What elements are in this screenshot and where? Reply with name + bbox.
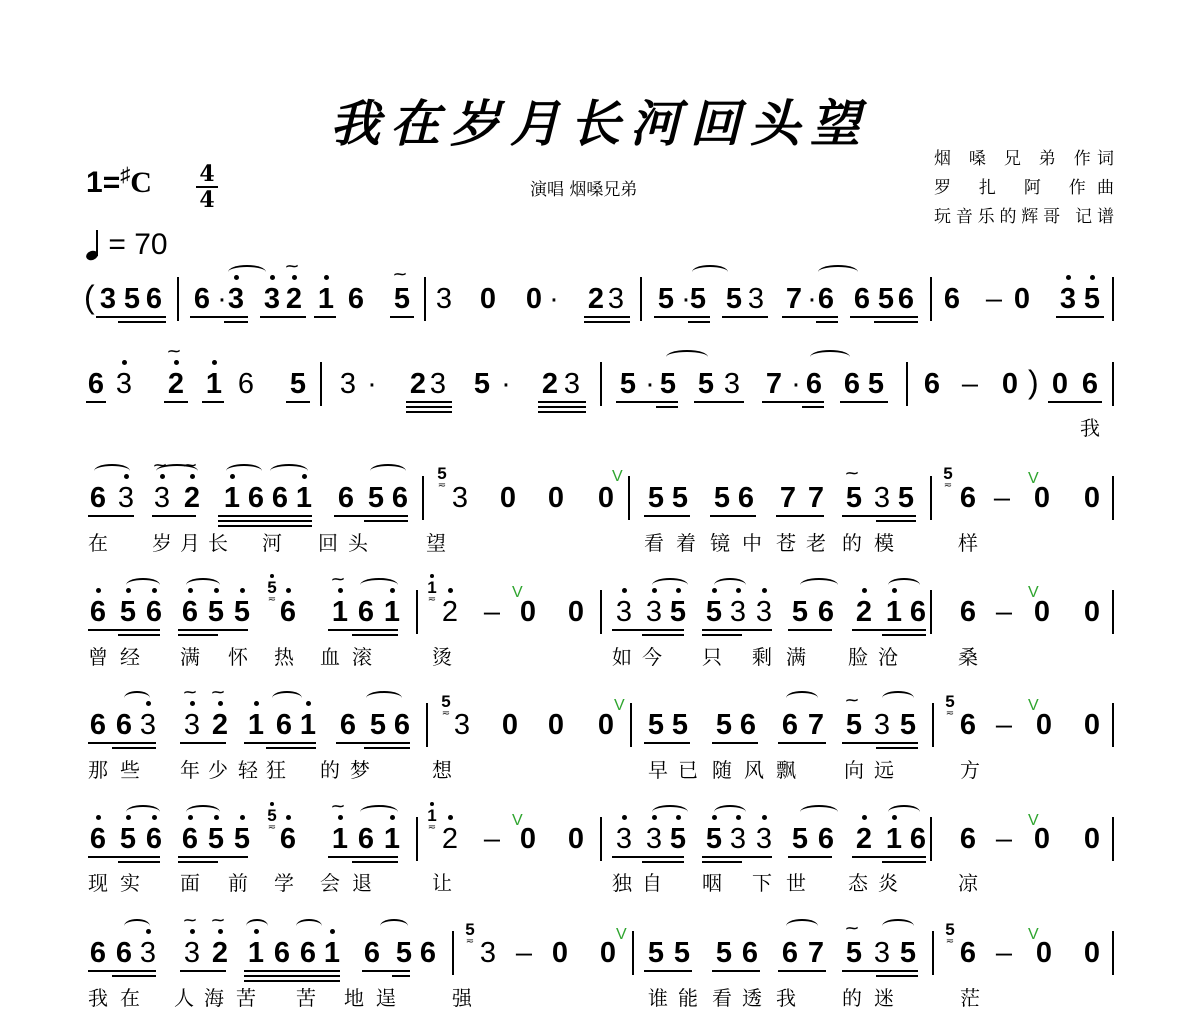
duration-underline — [842, 515, 916, 517]
note-digit: 3 — [748, 283, 764, 315]
bar-line — [906, 362, 908, 406]
note-digit: 2 — [212, 709, 228, 741]
breath-mark-icon: V — [512, 812, 523, 830]
duration-underline — [788, 629, 832, 631]
note-digit: · — [549, 283, 559, 315]
duration-underline — [842, 970, 918, 972]
note: 3 — [872, 937, 892, 969]
tempo-value: = 70 — [108, 228, 167, 261]
note-digit: 5 — [1084, 283, 1100, 315]
note-digit: 0 — [500, 482, 516, 514]
high-octave-dot — [1090, 275, 1095, 280]
high-octave-dot — [270, 574, 274, 578]
note: 6 — [942, 283, 962, 315]
note: – — [984, 283, 1004, 315]
duration-underline — [178, 856, 248, 858]
high-octave-dot — [430, 802, 434, 806]
slur-arc — [882, 691, 914, 705]
note: 6 — [958, 937, 978, 969]
duration-underline — [314, 316, 336, 318]
note: 0 — [524, 283, 544, 315]
note: 5 — [658, 368, 678, 400]
note: 2 — [440, 596, 460, 628]
lyric-character: 怀 — [226, 641, 250, 670]
note-digit: 2 — [442, 596, 458, 628]
high-octave-dot — [286, 815, 291, 820]
note: – — [994, 823, 1014, 855]
note-digit: 1 — [318, 283, 334, 315]
duration-underline — [642, 861, 684, 863]
note-digit: 1 — [248, 709, 264, 741]
note-digit: 3 — [646, 596, 662, 628]
lyric-character: 前 — [226, 867, 250, 896]
grace-slash-icon: ≂ — [266, 596, 278, 604]
note-digit: 3 — [436, 283, 452, 315]
lyric-character: 现 — [86, 867, 110, 896]
note-digit: 3 — [140, 937, 156, 969]
note: 3 — [114, 368, 134, 400]
note-digit: 5 — [394, 283, 410, 315]
lyric-character: 海 — [202, 982, 226, 1011]
note: 0 — [1050, 368, 1070, 400]
repeat-parenthesis: ( — [84, 279, 95, 316]
slur-arc — [124, 691, 150, 705]
duration-underline — [286, 401, 310, 403]
note-digit: 6 — [194, 283, 210, 315]
note: 5⁓ — [844, 709, 864, 741]
breath-mark-icon: V — [616, 926, 627, 944]
duration-underline — [882, 861, 926, 863]
note-digit: 3 — [100, 283, 116, 315]
duration-underline — [654, 316, 710, 318]
lyric-character: 随 — [710, 754, 734, 783]
lyric-character: 河 — [260, 527, 284, 556]
note-digit: 5 — [898, 482, 914, 514]
lyric-character: 血 — [318, 641, 342, 670]
note-digit: 5 — [900, 937, 916, 969]
duration-underline — [616, 401, 678, 403]
duration-underline — [612, 856, 684, 858]
duration-underline — [876, 520, 916, 522]
note: 3 — [728, 596, 748, 628]
duration-underline — [118, 861, 160, 863]
note-digit: 3 — [608, 283, 624, 315]
note: 3 — [606, 283, 626, 315]
note: 6 — [418, 937, 438, 969]
lyric-character: 中 — [740, 527, 764, 556]
note-digit: 6 — [960, 482, 976, 514]
note-digit: 6 — [960, 596, 976, 628]
duration-underline — [118, 634, 160, 636]
mordent-icon: ⁓ — [184, 687, 193, 697]
note-digit: 6 — [146, 823, 162, 855]
note: 5⁓ — [844, 937, 864, 969]
note-digit: 3 — [118, 482, 134, 514]
note: 6 — [738, 709, 758, 741]
grace-note: 5≂ — [944, 694, 956, 718]
note: 3⁓ — [152, 482, 172, 514]
note: 2⁓ — [166, 368, 186, 400]
note: 3 — [746, 283, 766, 315]
grace-slash-icon: ≂ — [944, 710, 956, 718]
grace-slash-icon: ≂ — [426, 824, 438, 832]
note: 2 — [540, 368, 560, 400]
bar-line — [452, 931, 454, 975]
note: 3 — [722, 368, 742, 400]
note: 6 — [192, 283, 212, 315]
note-digit: – — [996, 937, 1012, 969]
note: 6 — [144, 283, 164, 315]
note: 3 — [98, 283, 118, 315]
note-digit: 5 — [234, 596, 250, 628]
note: 5 — [618, 368, 638, 400]
note: 3 — [478, 937, 498, 969]
note: 1 — [222, 482, 242, 514]
slur-arc — [786, 691, 818, 705]
slur-arc — [126, 805, 160, 819]
duration-underline — [584, 316, 630, 318]
note: 2 — [854, 823, 874, 855]
lyric-character: 我 — [774, 982, 798, 1011]
note: 3⁓ — [182, 937, 202, 969]
note: 2⁓ — [182, 482, 202, 514]
note: 0 — [546, 482, 566, 514]
note-digit: · — [501, 368, 511, 400]
note: 5 — [704, 596, 724, 628]
note: 7 — [806, 482, 826, 514]
singer-credit: 演唱 烟嗓兄弟 — [530, 175, 637, 200]
lyric-character: 在 — [118, 982, 142, 1011]
lyric-character: 能 — [676, 982, 700, 1011]
lyric-character: 曾 — [86, 641, 110, 670]
slur-arc — [714, 805, 746, 819]
grace-note: 5≂ — [944, 922, 956, 946]
note-digit: 5 — [674, 937, 690, 969]
note: 2 — [854, 596, 874, 628]
note: 2 — [408, 368, 428, 400]
note: 3 — [562, 368, 582, 400]
note-digit: 6 — [116, 937, 132, 969]
note-digit: 0 — [1014, 283, 1030, 315]
slur-arc — [360, 805, 398, 819]
note: · — [640, 368, 660, 400]
note: – — [482, 823, 502, 855]
duration-underline — [712, 970, 760, 972]
time-signature: 4 4 — [196, 163, 218, 211]
note: 3 — [1058, 283, 1078, 315]
note-digit: 1 — [224, 482, 240, 514]
slur-arc — [652, 578, 688, 592]
bar-line — [600, 362, 602, 406]
note-digit: 5 — [900, 709, 916, 741]
high-octave-dot — [330, 929, 335, 934]
note: 5 — [668, 596, 688, 628]
duration-underline — [778, 742, 826, 744]
lyric-character: 头 — [346, 527, 370, 556]
lyric-character: 在 — [86, 527, 110, 556]
note-digit: 5 — [234, 823, 250, 855]
time-signature-bottom: 4 — [196, 189, 218, 211]
duration-underline — [96, 316, 166, 318]
note-digit: 5 — [368, 482, 384, 514]
note: 3 — [872, 482, 892, 514]
note-digit: 6 — [782, 937, 798, 969]
note-digit: 5 — [620, 368, 636, 400]
note-digit: 5 — [124, 283, 140, 315]
note: 5 — [122, 283, 142, 315]
note: 1 — [204, 368, 224, 400]
note-digit: 6 — [146, 596, 162, 628]
duration-underline — [112, 975, 156, 977]
note-digit: 6 — [280, 823, 296, 855]
note: 3 — [226, 283, 246, 315]
note-digit: 0 — [1084, 709, 1100, 741]
note: 5 — [394, 937, 414, 969]
note: 1 — [382, 823, 402, 855]
note: · — [544, 283, 564, 315]
lyric-character: 那 — [86, 754, 110, 783]
breath-mark-icon: V — [512, 584, 523, 602]
note: 6 — [958, 823, 978, 855]
lyric-character: 着 — [674, 527, 698, 556]
note: 6 — [842, 368, 862, 400]
note: – — [960, 368, 980, 400]
note: 5 — [288, 368, 308, 400]
bar-line — [416, 817, 418, 861]
note: 1⁓ — [330, 823, 350, 855]
note-digit: 0 — [568, 596, 584, 628]
note-digit: 3 — [564, 368, 580, 400]
slur-arc — [360, 578, 398, 592]
note-digit: 6 — [182, 596, 198, 628]
note-digit: 2 — [286, 283, 302, 315]
lyric-character: 看 — [710, 982, 734, 1011]
note: 5 — [712, 482, 732, 514]
high-octave-dot — [174, 360, 179, 365]
note: 5 — [1082, 283, 1102, 315]
note: 6 — [816, 596, 836, 628]
note-digit: 3 — [874, 709, 890, 741]
duration-underline — [840, 401, 888, 403]
lyric-character: 老 — [804, 527, 828, 556]
lyric-character: 想 — [430, 754, 454, 783]
bar-line — [930, 590, 932, 634]
note: 0 — [1000, 368, 1020, 400]
lyric-character: 梦 — [348, 754, 372, 783]
lyric-character: 热 — [272, 641, 296, 670]
grace-note: 5≂ — [436, 466, 448, 490]
duration-underline — [644, 515, 690, 517]
note-digit: 5 — [396, 937, 412, 969]
duration-underline — [244, 970, 340, 972]
note-digit: 7 — [786, 283, 802, 315]
note: 0 — [498, 482, 518, 514]
note: 5 — [688, 283, 708, 315]
note-digit: 0 — [526, 283, 542, 315]
lyric-character: 脸 — [846, 641, 870, 670]
slur-arc — [228, 265, 266, 279]
high-octave-dot — [96, 588, 101, 593]
note-digit: 1 — [248, 937, 264, 969]
mordent-icon: ⁓ — [394, 269, 403, 279]
note: – — [994, 937, 1014, 969]
lyric-character: 逞 — [374, 982, 398, 1011]
key-equals: = — [103, 166, 121, 199]
note: 5 — [656, 283, 676, 315]
note: 5 — [724, 283, 744, 315]
note: · — [496, 368, 516, 400]
note: 2⁓ — [210, 937, 230, 969]
duration-underline — [218, 515, 312, 517]
lyric-character: 飘 — [774, 754, 798, 783]
duration-underline — [244, 742, 316, 744]
slur-arc — [810, 350, 850, 364]
grace-note: 5≂ — [266, 808, 278, 832]
mordent-icon: ⁓ — [212, 915, 221, 925]
note-digit: 3 — [730, 596, 746, 628]
note: 1 — [382, 596, 402, 628]
lyric-character: 会 — [318, 867, 342, 896]
note-digit: 0 — [598, 482, 614, 514]
note-digit: 6 — [806, 368, 822, 400]
bar-line — [1112, 476, 1114, 520]
bar-line — [424, 277, 426, 321]
duration-underline — [852, 629, 926, 631]
note: 1 — [322, 937, 342, 969]
lyric-character: 长 — [206, 527, 230, 556]
note-digit: – — [996, 709, 1012, 741]
note-digit: 6 — [844, 368, 860, 400]
slur-arc — [94, 464, 130, 478]
mordent-icon: ⁓ — [332, 801, 341, 811]
bar-line — [1112, 931, 1114, 975]
note-digit: 3 — [264, 283, 280, 315]
lyric-character: 些 — [118, 754, 142, 783]
note-digit: 0 — [1002, 368, 1018, 400]
lyric-character: 实 — [118, 867, 142, 896]
duration-underline — [644, 970, 692, 972]
slur-arc — [692, 265, 728, 279]
duration-underline — [694, 401, 744, 403]
note-digit: 5 — [648, 709, 664, 741]
bar-line — [1112, 590, 1114, 634]
note-digit: 6 — [274, 937, 290, 969]
note-digit: 6 — [818, 823, 834, 855]
note-digit: 5 — [868, 368, 884, 400]
time-signature-top: 4 — [196, 163, 218, 185]
note-digit: 3 — [756, 596, 772, 628]
transcriber-credit: 玩音乐的辉哥 记谱 — [934, 203, 1114, 232]
note-digit: 7 — [808, 482, 824, 514]
duration-underline — [778, 970, 826, 972]
note-digit: 1 — [324, 937, 340, 969]
grace-slash-icon: ≂ — [944, 938, 956, 946]
lyric-character: 回 — [316, 527, 340, 556]
key-tonic: 1 — [86, 166, 103, 199]
slur-arc — [800, 578, 838, 592]
lyric-character: 下 — [750, 867, 774, 896]
duration-underline — [328, 629, 398, 631]
note: 6 — [86, 368, 106, 400]
duration-underline — [180, 742, 226, 744]
slur-arc — [818, 265, 858, 279]
duration-underline — [876, 747, 918, 749]
note: 0 — [596, 482, 616, 514]
note-digit: 6 — [338, 482, 354, 514]
high-octave-dot — [430, 574, 434, 578]
note: 2 — [586, 283, 606, 315]
note: 6 — [804, 368, 824, 400]
note-digit: 5 — [120, 596, 136, 628]
note-digit: 3 — [874, 937, 890, 969]
note: 5 — [704, 823, 724, 855]
duration-underline — [584, 321, 630, 323]
note-digit: 6 — [910, 823, 926, 855]
lyric-character: 远 — [872, 754, 896, 783]
note: 5 — [646, 937, 666, 969]
breath-mark-icon: V — [1028, 812, 1039, 830]
note-digit: 6 — [90, 937, 106, 969]
note: 3 — [452, 709, 472, 741]
high-octave-dot — [122, 360, 127, 365]
slur-arc — [296, 919, 322, 933]
lyric-character: 自 — [640, 867, 664, 896]
lyric-character: 的 — [840, 982, 864, 1011]
key-note: C — [130, 166, 152, 199]
note-digit: 0 — [1084, 596, 1100, 628]
note-digit: 5 — [878, 283, 894, 315]
note-digit: 0 — [480, 283, 496, 315]
bar-line — [932, 931, 934, 975]
duration-underline — [88, 515, 134, 517]
note: 5 — [118, 823, 138, 855]
lyric-character: 凉 — [956, 867, 980, 896]
note: 3 — [872, 709, 892, 741]
note: 2⁓ — [284, 283, 304, 315]
lyric-character: 模 — [872, 527, 896, 556]
slur-arc — [666, 350, 708, 364]
note-digit: 3 — [756, 823, 772, 855]
lyric-character: 苍 — [774, 527, 798, 556]
lyric-character: 苦 — [294, 982, 318, 1011]
note: · — [786, 368, 806, 400]
note-digit: 6 — [340, 709, 356, 741]
grace-note: 5≂ — [440, 694, 452, 718]
lyric-character: 人 — [172, 982, 196, 1011]
duration-underline — [334, 515, 408, 517]
lyric-character: 轻 — [236, 754, 260, 783]
note: 1 — [246, 937, 266, 969]
note-digit: 6 — [300, 937, 316, 969]
note: 6 — [236, 368, 256, 400]
note: – — [514, 937, 534, 969]
note-digit: – — [996, 823, 1012, 855]
note-digit: 5 — [672, 709, 688, 741]
lyric-character: 透 — [740, 982, 764, 1011]
note-digit: 6 — [944, 283, 960, 315]
note: 1 — [316, 283, 336, 315]
note-digit: 0 — [1084, 823, 1100, 855]
note-digit: · — [367, 368, 377, 400]
lyric-character: 退 — [350, 867, 374, 896]
note-digit: 3 — [1060, 283, 1076, 315]
high-octave-dot — [240, 588, 245, 593]
duration-underline — [86, 401, 106, 403]
note: 1⁓ — [330, 596, 350, 628]
lyric-character: 茫 — [958, 982, 982, 1011]
duration-underline — [88, 629, 160, 631]
mordent-icon: ⁓ — [212, 687, 221, 697]
